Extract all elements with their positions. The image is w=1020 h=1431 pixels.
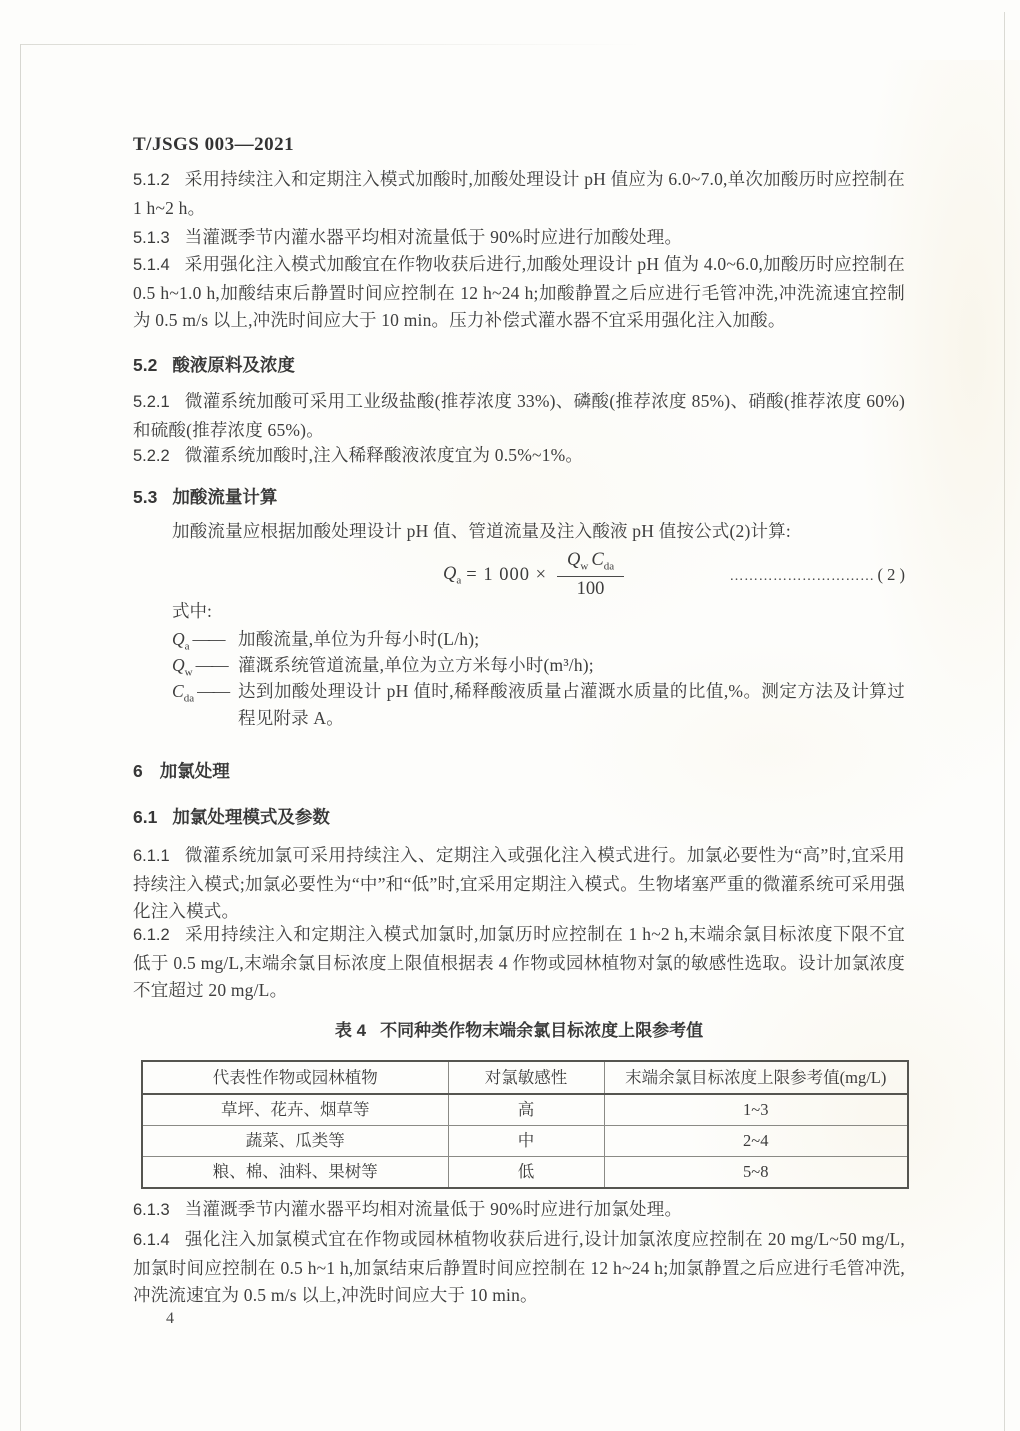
clause-number: 5.2.2 [133,447,170,465]
page-number: 4 [166,1310,174,1328]
clause-number: 5.1.4 [133,256,170,274]
leader-dots: ………………………… [730,569,875,585]
clause-6-1-1: 6.1.1微灌系统加氯可采用持续注入、定期注入或强化注入模式进行。加氯必要性为“… [133,842,905,926]
clause-5-1-3: 5.1.3当灌溉季节内灌水器平均相对流量低于 90%时应进行加酸处理。 [133,224,905,253]
clause-text: 采用强化注入模式加酸宜在作物收获后进行,加酸处理设计 pH 值为 4.0~6.0… [133,254,905,330]
cell-limit: 2~4 [604,1126,908,1157]
clause-number: 6.1.3 [133,1201,170,1219]
symbol-definition: 达到加酸处理设计 pH 值时,稀释酸液质量占灌溉水质量的比值,%。测定方法及计算… [238,678,905,732]
clause-text: 当灌溉季节内灌水器平均相对流量低于 90%时应进行加酸处理。 [185,227,682,247]
clause-number: 5.2.1 [133,393,170,411]
equation: Qa = 1 000 × QwCda 100 [443,550,624,600]
dash: —— [196,655,227,675]
clause-text: 采用持续注入和定期注入模式加酸时,加酸处理设计 pH 值应为 6.0~7.0,单… [133,169,905,218]
formula-2: Qa = 1 000 × QwCda 100 …………………………( 2 ) [133,545,905,605]
clause-5-1-2: 5.1.2采用持续注入和定期注入模式加酸时,加酸处理设计 pH 值应为 6.0~… [133,166,905,222]
col-header-limit: 末端余氯目标浓度上限参考值(mg/L) [604,1061,908,1094]
fraction-numerator: QwCda [557,550,624,577]
page-edge-right [1004,12,1005,1431]
clause-5-2-1: 5.2.1微灌系统加酸可采用工业级盐酸(推荐浓度 33%)、磷酸(推荐浓度 85… [133,388,905,444]
clause-5-2-2: 5.2.2微灌系统加酸时,注入稀释酸液浓度宜为 0.5%~1%。 [133,442,905,471]
scanned-page: T/JSGS 003—2021 5.1.2采用持续注入和定期注入模式加酸时,加酸… [0,0,1020,1431]
clause-text: 采用持续注入和定期注入模式加氯时,加氯历时应控制在 1 h~2 h,末端余氯目标… [133,924,905,1000]
heading-number: 6.1 [133,807,157,827]
heading-number: 5.2 [133,355,157,375]
clause-text: 微灌系统加氯可采用持续注入、定期注入或强化注入模式进行。加氯必要性为“高”时,宜… [133,845,905,921]
dash: —— [197,681,228,701]
table-4: 代表性作物或园林植物 对氯敏感性 末端余氯目标浓度上限参考值(mg/L) 草坪、… [133,1060,905,1189]
table-row: 粮、棉、油料、果树等 低 5~8 [142,1157,908,1189]
clause-text: 微灌系统加酸可采用工业级盐酸(推荐浓度 33%)、磷酸(推荐浓度 85%)、硝酸… [133,391,905,440]
fraction: QwCda 100 [557,550,624,600]
cell-crop: 草坪、花卉、烟草等 [142,1094,448,1126]
cell-crop: 蔬菜、瓜类等 [142,1126,448,1157]
clause-number: 6.1.2 [133,926,170,944]
dash: —— [193,629,224,649]
where-label: 式中: [133,598,905,623]
heading-text: 加酸流量计算 [172,487,277,507]
clause-6-1-4: 6.1.4强化注入加氯模式宜在作物或园林植物收获后进行,设计加氯浓度应控制在 2… [133,1226,905,1310]
table-header-row: 代表性作物或园林植物 对氯敏感性 末端余氯目标浓度上限参考值(mg/L) [142,1061,908,1094]
where-item-Cda: Cda—— 达到加酸处理设计 pH 值时,稀释酸液质量占灌溉水质量的比值,%。测… [133,678,905,732]
symbol: Cda—— [172,678,238,732]
clause-number: 6.1.1 [133,847,170,865]
table-number: 表 4 [335,1021,366,1040]
page-edge-top [21,44,641,45]
page-edge-left [20,44,21,1431]
table-4-grid: 代表性作物或园林植物 对氯敏感性 末端余氯目标浓度上限参考值(mg/L) 草坪、… [141,1060,909,1189]
heading-number: 6 [133,761,143,781]
heading-5-3: 5.3加酸流量计算 [133,484,905,509]
formula-number: …………………………( 2 ) [730,565,906,585]
heading-text: 加氯处理模式及参数 [172,807,330,827]
heading-5-2: 5.2酸液原料及浓度 [133,352,905,377]
col-header-sensitivity: 对氯敏感性 [448,1061,604,1094]
heading-6-1: 6.1加氯处理模式及参数 [133,804,905,829]
table-row: 蔬菜、瓜类等 中 2~4 [142,1126,908,1157]
doc-code: T/JSGS 003—2021 [133,134,905,156]
fraction-denominator: 100 [577,577,605,600]
formula-intro: 加酸流量应根据加酸处理设计 pH 值、管道流量及注入酸液 pH 值按公式(2)计… [133,518,905,546]
cell-crop: 粮、棉、油料、果树等 [142,1157,448,1189]
clause-text: 强化注入加氯模式宜在作物或园林植物收获后进行,设计加氯浓度应控制在 20 mg/… [133,1229,905,1305]
clause-number: 5.1.2 [133,171,170,189]
clause-number: 6.1.4 [133,1231,170,1249]
col-header-crop: 代表性作物或园林植物 [142,1061,448,1094]
table-row: 草坪、花卉、烟草等 高 1~3 [142,1094,908,1126]
heading-text: 加氯处理 [160,761,230,781]
cell-sensitivity: 高 [448,1094,604,1126]
equation-lhs: Qa [443,564,461,587]
heading-text: 酸液原料及浓度 [172,355,295,375]
table-title-text: 不同种类作物末端余氯目标浓度上限参考值 [380,1021,703,1040]
cell-limit: 1~3 [604,1094,908,1126]
clause-number: 5.1.3 [133,229,170,247]
heading-number: 5.3 [133,487,157,507]
clause-6-1-3: 6.1.3当灌溉季节内灌水器平均相对流量低于 90%时应进行加氯处理。 [133,1196,905,1225]
cell-sensitivity: 中 [448,1126,604,1157]
clause-text: 微灌系统加酸时,注入稀释酸液浓度宜为 0.5%~1%。 [185,445,583,465]
clause-text: 当灌溉季节内灌水器平均相对流量低于 90%时应进行加氯处理。 [185,1199,682,1219]
clause-6-1-2: 6.1.2采用持续注入和定期注入模式加氯时,加氯历时应控制在 1 h~2 h,末… [133,921,905,1005]
equation-operator: = 1 000 × [466,565,547,586]
cell-sensitivity: 低 [448,1157,604,1189]
cell-limit: 5~8 [604,1157,908,1189]
heading-6: 6加氯处理 [133,758,905,783]
clause-5-1-4: 5.1.4采用强化注入模式加酸宜在作物收获后进行,加酸处理设计 pH 值为 4.… [133,251,905,335]
table-4-title: 表 4不同种类作物末端余氯目标浓度上限参考值 [133,1016,905,1041]
